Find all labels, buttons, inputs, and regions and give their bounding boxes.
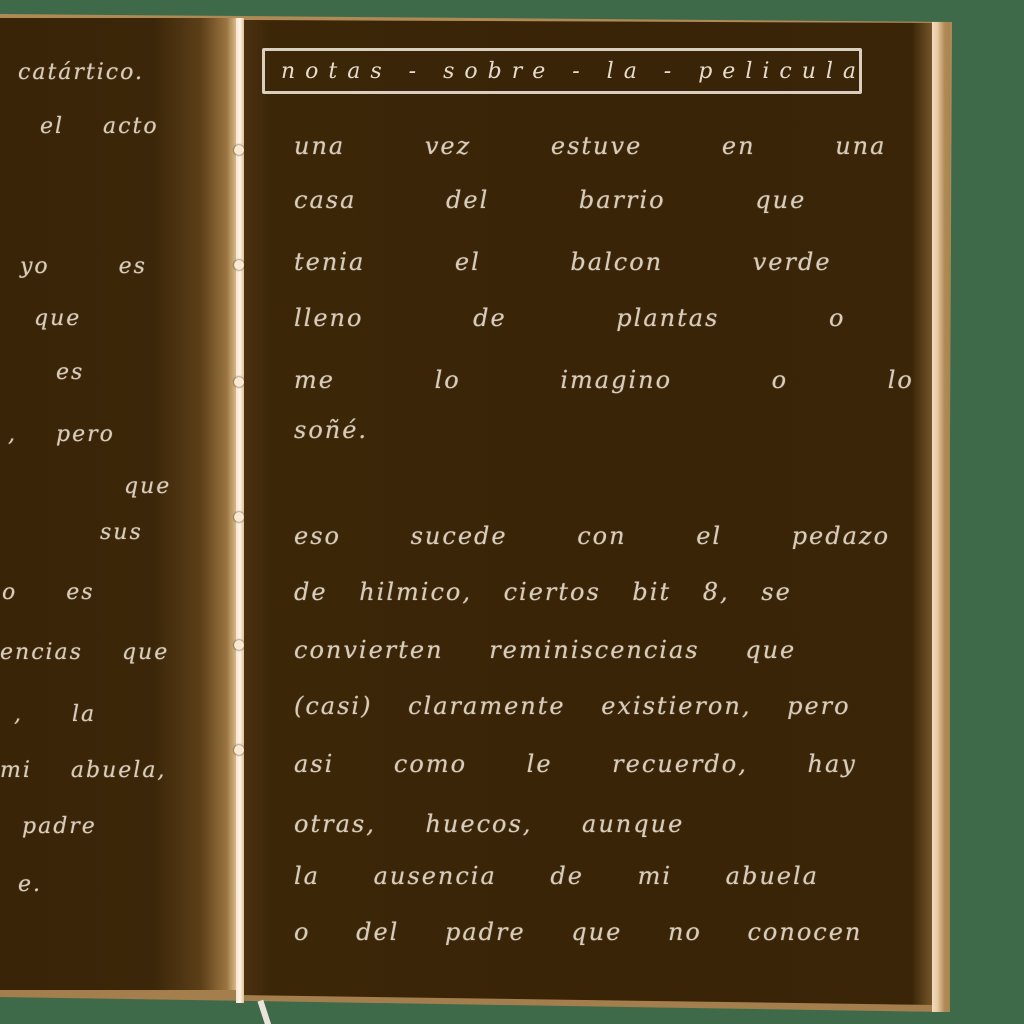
left-line: , la	[14, 702, 96, 727]
stitch-hole	[234, 640, 244, 650]
text-line: me lo imagino o lo	[294, 366, 914, 394]
text-line: (casi) claramente existieron, pero	[294, 692, 851, 720]
left-line: el acto	[40, 114, 159, 139]
page-title: notas - sobre - la - pelicula	[281, 59, 866, 84]
left-line: e.	[18, 872, 42, 897]
text-line: eso sucede con el pedazo	[294, 522, 890, 550]
text-line: convierten reminiscencias que	[294, 636, 796, 664]
text-line: de hilmico, ciertos bit 8, se	[294, 578, 792, 606]
bookmark-ribbon	[258, 1000, 273, 1024]
stitch-hole	[234, 260, 244, 270]
left-line: encias que	[0, 640, 169, 665]
text-line: una vez estuve en una	[294, 132, 886, 160]
left-line: que	[124, 474, 171, 499]
stitch-hole	[234, 512, 244, 522]
text-line: casa del barrio que	[294, 186, 806, 214]
page-stack-edge	[932, 22, 950, 1012]
text-line: o del padre que no conocen	[294, 918, 862, 946]
open-notebook: catártico. el acto yo es que es , pero q…	[0, 0, 1024, 1024]
left-page: catártico. el acto yo es que es , pero q…	[0, 18, 236, 990]
text-line: lleno de plantas o	[294, 304, 845, 332]
text-line: tenia el balcon verde	[294, 248, 832, 276]
left-line: es	[56, 360, 84, 385]
left-line: , pero	[8, 422, 115, 447]
left-line: que	[34, 306, 81, 331]
left-line: yo es	[20, 254, 147, 279]
title-box: notas - sobre - la - pelicula	[262, 48, 862, 94]
stitch-hole	[234, 377, 244, 387]
left-line: padre	[22, 814, 97, 839]
notebook-spine	[236, 18, 244, 1003]
left-line: catártico.	[18, 60, 144, 85]
left-line: sus	[100, 520, 143, 545]
text-line: asi como le recuerdo, hay	[294, 750, 857, 778]
text-line: la ausencia de mi abuela	[294, 862, 819, 890]
stitch-hole	[234, 745, 244, 755]
text-line: soñé.	[294, 416, 368, 444]
text-line: otras, huecos, aunque	[294, 810, 684, 838]
right-page	[244, 20, 940, 1005]
left-line: o es	[2, 580, 95, 605]
left-line: mi abuela,	[0, 758, 166, 783]
stitch-hole	[234, 145, 244, 155]
